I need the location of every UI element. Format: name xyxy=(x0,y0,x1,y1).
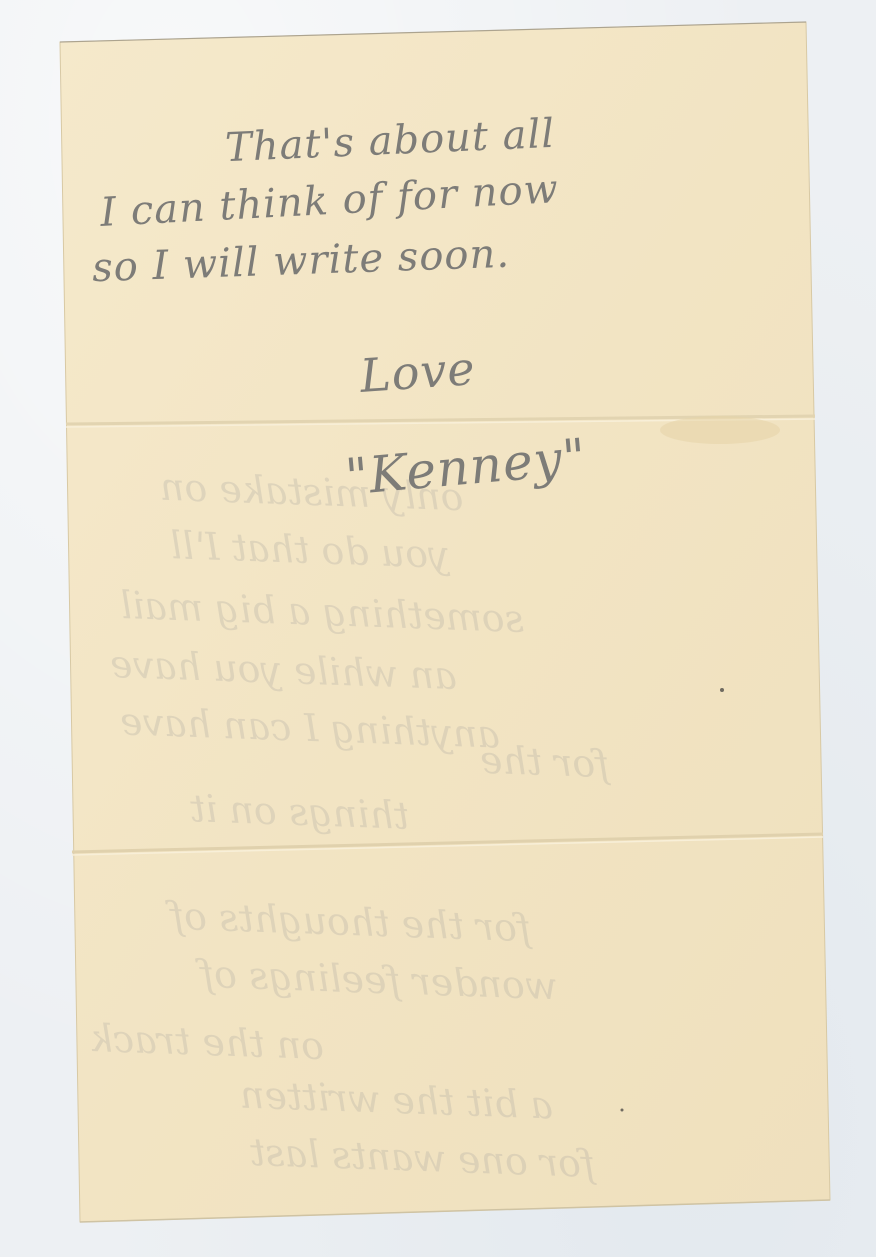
bleed-through-text: things on it xyxy=(189,786,410,838)
bleed-through-text: for the xyxy=(479,738,610,786)
letter-paper-sheet: only mistake on you do that I'll somethi… xyxy=(0,0,876,1257)
letter-closing: Love xyxy=(358,341,477,403)
bleed-through-text: on the track xyxy=(89,1016,325,1068)
